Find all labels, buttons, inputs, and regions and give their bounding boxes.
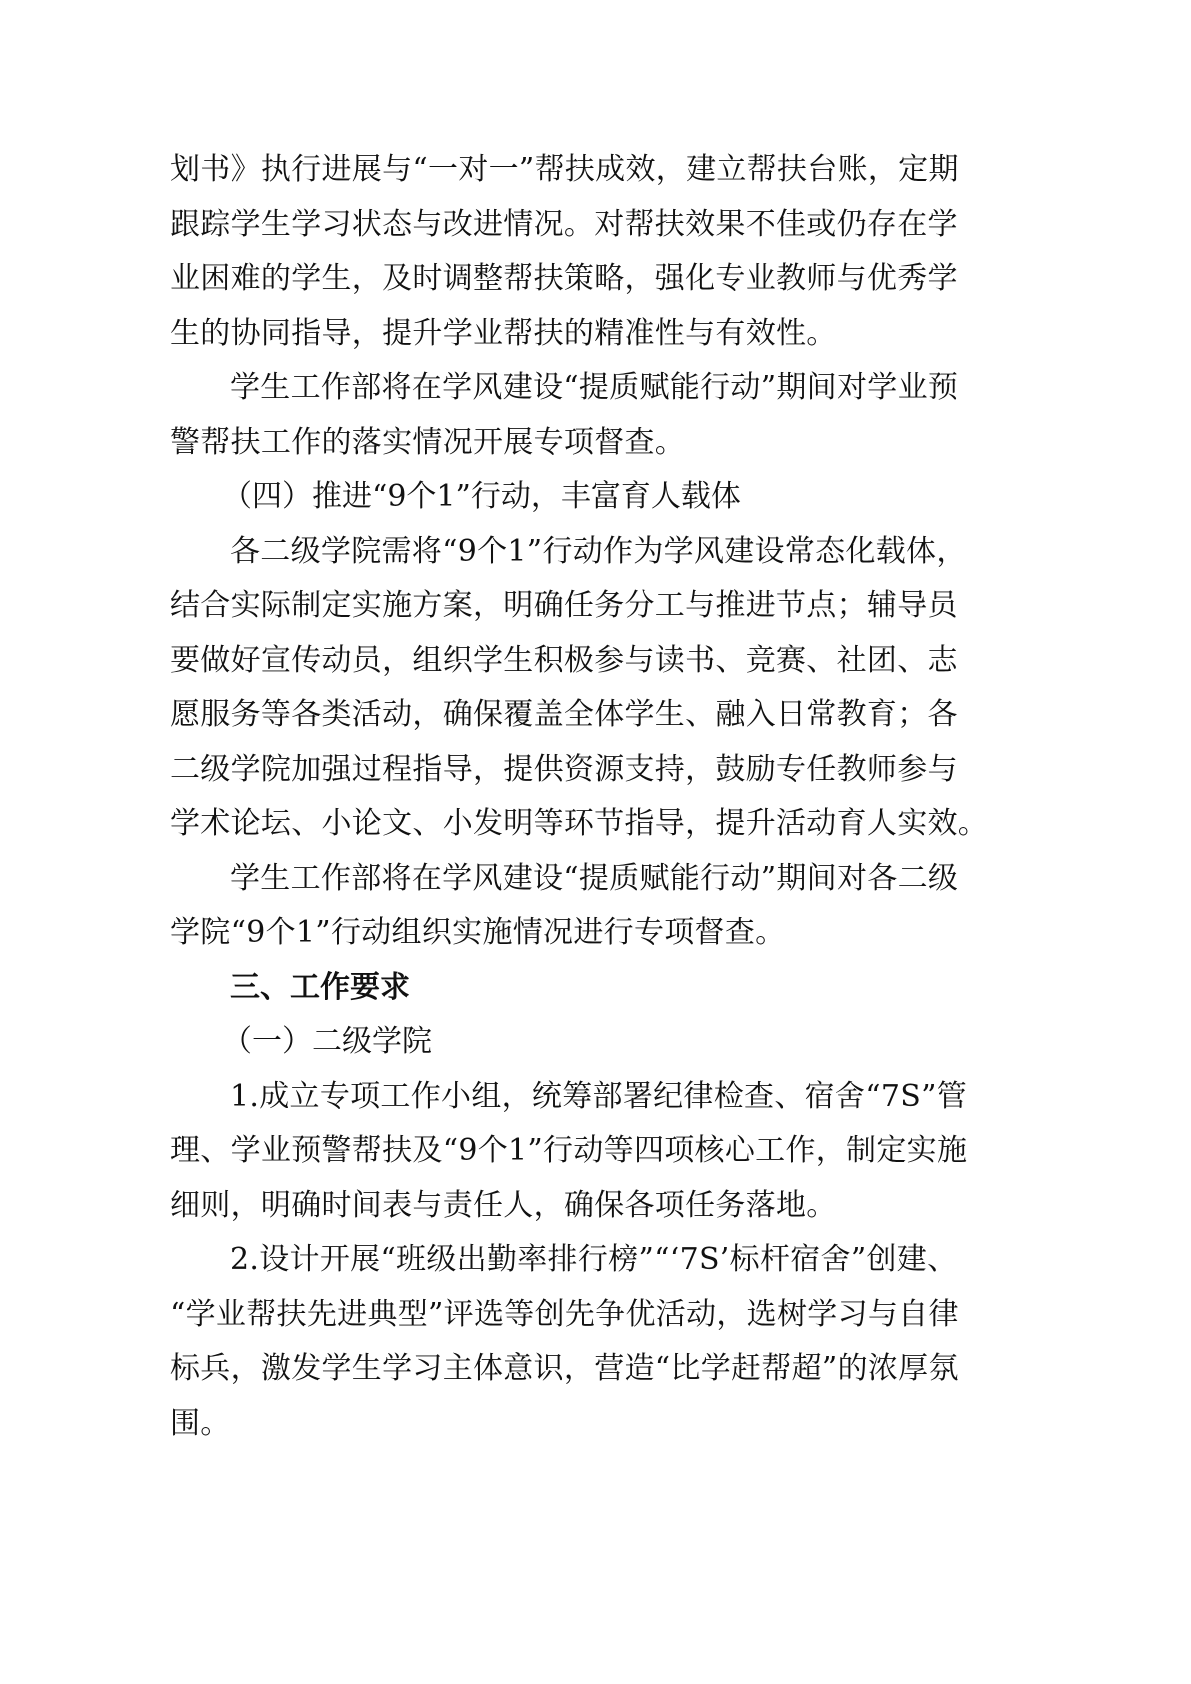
paragraph-requirement-1: 1.成立专项工作小组，统筹部署纪律检查、宿舍“7S”管 理、学业预警帮扶及“9个… bbox=[170, 1070, 944, 1234]
text-line: 生的协同指导，提升学业帮扶的精准性与有效性。 bbox=[170, 307, 944, 362]
text-line: 要做好宣传动员，组织学生积极参与读书、竞赛、社团、志 bbox=[170, 634, 944, 689]
text-line: 业困难的学生，及时调整帮扶策略，强化专业教师与优秀学 bbox=[170, 252, 944, 307]
subheading-four-nine-ones: （四）推进“9个1”行动，丰富育人载体 bbox=[170, 470, 944, 525]
paragraph-supervision-nine-ones: 学生工作部将在学风建设“提质赋能行动”期间对各二级 学院“9个1”行动组织实施情… bbox=[170, 852, 944, 961]
text-line: 学院“9个1”行动组织实施情况进行专项督查。 bbox=[170, 906, 944, 961]
paragraph-requirement-2: 2.设计开展“班级出勤率排行榜”“‘7S’标杆宿舍”创建、 “学业帮扶先进典型”… bbox=[170, 1233, 944, 1451]
text-line: 愿服务等各类活动，确保覆盖全体学生、融入日常教育；各 bbox=[170, 688, 944, 743]
paragraph-supervision-academic-warning: 学生工作部将在学风建设“提质赋能行动”期间对学业预 警帮扶工作的落实情况开展专项… bbox=[170, 361, 944, 470]
paragraph-nine-ones-action: 各二级学院需将“9个1”行动作为学风建设常态化载体， 结合实际制定实施方案，明确… bbox=[170, 525, 944, 852]
text-line: 学术论坛、小论文、小发明等环节指导，提升活动育人实效。 bbox=[170, 797, 944, 852]
text-line: 标兵，激发学生学习主体意识，营造“比学赶帮超”的浓厚氛 bbox=[170, 1342, 944, 1397]
subheading-secondary-colleges: （一）二级学院 bbox=[170, 1015, 944, 1070]
text-line: 2.设计开展“班级出勤率排行榜”“‘7S’标杆宿舍”创建、 bbox=[170, 1233, 944, 1288]
text-line: 围。 bbox=[170, 1397, 944, 1452]
text-line: 划书》执行进展与“一对一”帮扶成效，建立帮扶台账，定期 bbox=[170, 143, 944, 198]
text-line: 二级学院加强过程指导，提供资源支持，鼓励专任教师参与 bbox=[170, 743, 944, 798]
text-line: 学生工作部将在学风建设“提质赋能行动”期间对学业预 bbox=[170, 361, 944, 416]
section-heading-work-requirements: 三、工作要求 bbox=[170, 961, 944, 1016]
document-page: 划书》执行进展与“一对一”帮扶成效，建立帮扶台账，定期 跟踪学生学习状态与改进情… bbox=[170, 143, 944, 1451]
text-line: 结合实际制定实施方案，明确任务分工与推进节点；辅导员 bbox=[170, 579, 944, 634]
text-line: 跟踪学生学习状态与改进情况。对帮扶效果不佳或仍存在学 bbox=[170, 198, 944, 253]
text-line: 警帮扶工作的落实情况开展专项督查。 bbox=[170, 416, 944, 471]
text-line: 1.成立专项工作小组，统筹部署纪律检查、宿舍“7S”管 bbox=[170, 1070, 944, 1125]
text-line: 细则，明确时间表与责任人，确保各项任务落地。 bbox=[170, 1179, 944, 1234]
text-line: “学业帮扶先进典型”评选等创先争优活动，选树学习与自律 bbox=[170, 1288, 944, 1343]
text-line: 各二级学院需将“9个1”行动作为学风建设常态化载体， bbox=[170, 525, 944, 580]
text-line: 理、学业预警帮扶及“9个1”行动等四项核心工作，制定实施 bbox=[170, 1124, 944, 1179]
paragraph-academic-support-continued: 划书》执行进展与“一对一”帮扶成效，建立帮扶台账，定期 跟踪学生学习状态与改进情… bbox=[170, 143, 944, 361]
text-line: 学生工作部将在学风建设“提质赋能行动”期间对各二级 bbox=[170, 852, 944, 907]
